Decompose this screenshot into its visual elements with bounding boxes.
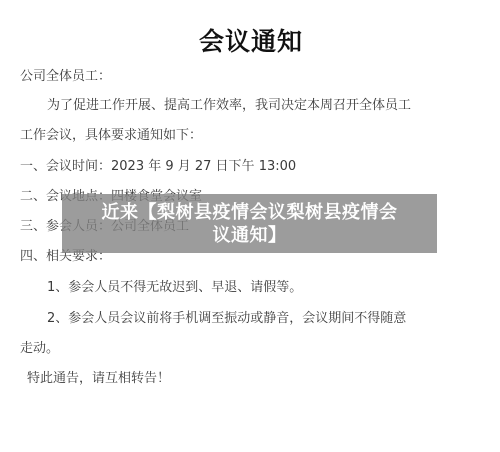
headline-line-2: 议通知】 <box>213 224 287 247</box>
closing-line: 特此通告，请互相转告！ <box>27 371 170 387</box>
headline-line-1: 近来【梨树县疫情会议梨树县疫情会 <box>102 201 398 224</box>
requirement-1: 1、参会人员不得无故迟到、早退、请假等。 <box>47 280 302 296</box>
intro-paragraph-line-2: 工作会议，具体要求通知如下： <box>20 128 202 144</box>
document-title: 会议通知 <box>0 22 500 58</box>
intro-paragraph-line-1: 为了促进工作开展、提高工作效率，我司决定本周召开全体员工 <box>47 98 411 114</box>
requirement-2-line-1: 2、参会人员会议前将手机调至振动或静音，会议期间不得随意 <box>47 311 406 327</box>
requirement-2-line-2: 走动。 <box>20 341 59 357</box>
salutation: 公司全体员工： <box>20 69 111 85</box>
item-meeting-time: 一、会议时间：2023 年 9 月 27 日下午 13:00 <box>20 159 296 175</box>
headline-overlay-banner: 近来【梨树县疫情会议梨树县疫情会 议通知】 <box>62 194 437 253</box>
